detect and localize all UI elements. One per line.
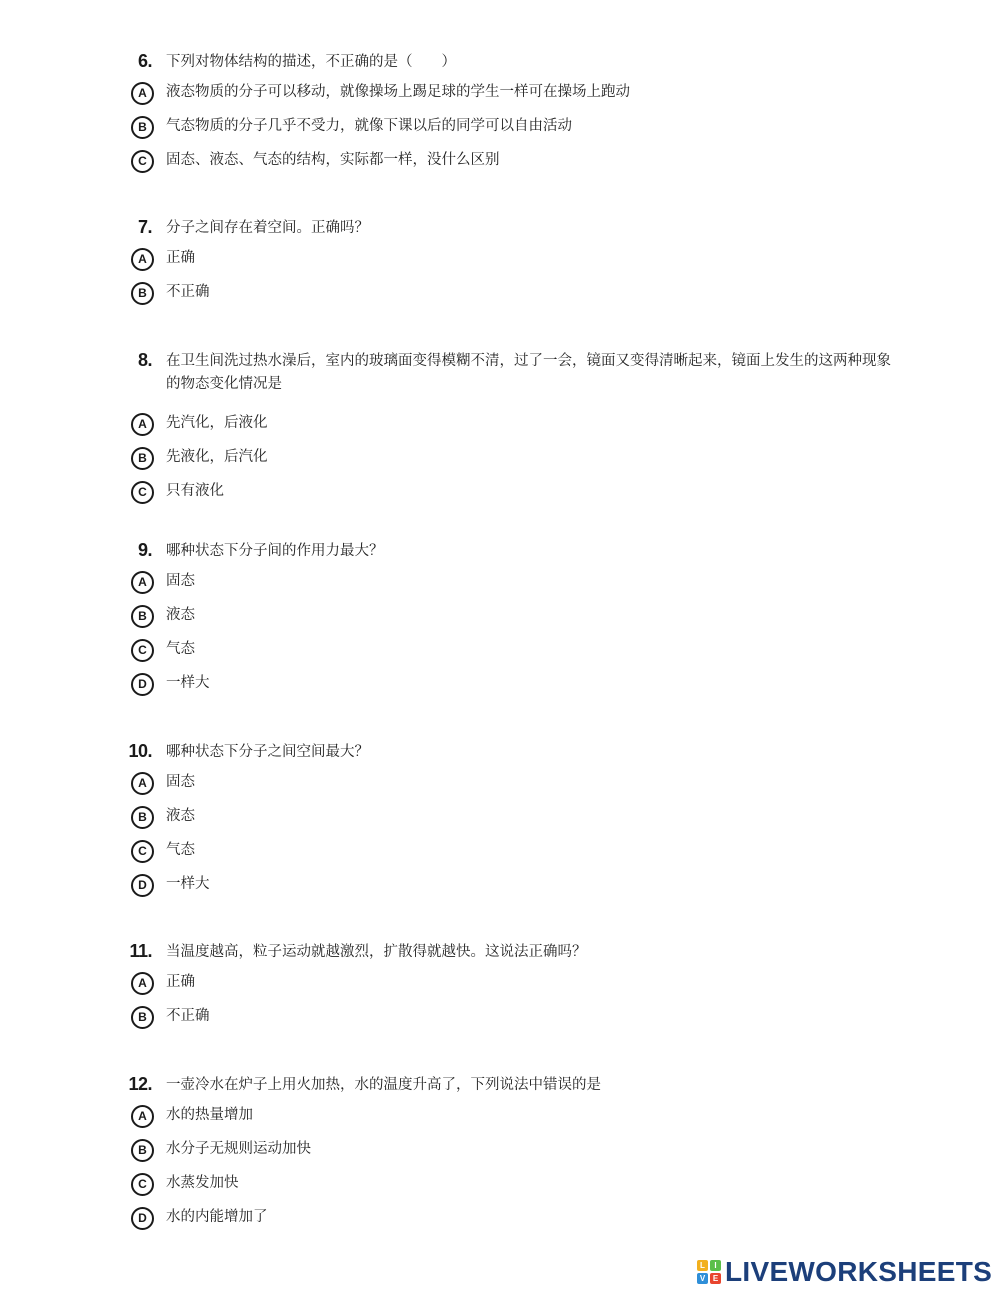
question-number: 10. xyxy=(128,740,152,762)
option-text: 先汽化，后液化 xyxy=(166,412,268,434)
option-letter-circle-icon[interactable]: A xyxy=(131,413,154,436)
answer-option-a[interactable]: A先汽化，后液化 xyxy=(0,410,1000,444)
question-text: 一壶冷水在炉子上用火加热，水的温度升高了，下列说法中错误的是 xyxy=(166,1074,896,1097)
option-letter-circle-icon[interactable]: A xyxy=(131,82,154,105)
option-text: 先液化，后汽化 xyxy=(166,446,268,468)
option-letter-circle-icon[interactable]: B xyxy=(131,605,154,628)
option-text: 固态 xyxy=(166,570,195,592)
option-text: 只有液化 xyxy=(166,480,224,502)
logo-block-v: V xyxy=(697,1273,708,1284)
answer-option-a[interactable]: A液态物质的分子可以移动，就像操场上踢足球的学生一样可在操场上跑动 xyxy=(0,79,1000,113)
answer-option-b[interactable]: B液态 xyxy=(0,602,1000,636)
question-5: 11.当温度越高，粒子运动就越激烈，扩散得就越快。这说法正确吗？A正确B不正确 xyxy=(0,940,1000,1037)
option-text: 不正确 xyxy=(166,1005,210,1027)
answer-option-a[interactable]: A正确 xyxy=(0,969,1000,1003)
option-letter-circle-icon[interactable]: B xyxy=(131,282,154,305)
answer-option-d[interactable]: D一样大 xyxy=(0,670,1000,704)
liveworksheets-logo: L I V E LIVEWORKSHEETS xyxy=(697,1258,992,1286)
question-number: 7. xyxy=(138,216,152,238)
question-3: 9.哪种状态下分子间的作用力最大？A固态B液态C气态D一样大 xyxy=(0,539,1000,704)
question-1: 7.分子之间存在着空间。正确吗？A正确B不正确 xyxy=(0,216,1000,313)
question-header: 10.哪种状态下分子之间空间最大？ xyxy=(0,740,1000,764)
question-6: 12.一壶冷水在炉子上用火加热，水的温度升高了，下列说法中错误的是A水的热量增加… xyxy=(0,1073,1000,1238)
option-text: 水蒸发加快 xyxy=(166,1172,239,1194)
option-letter-circle-icon[interactable]: B xyxy=(131,1139,154,1162)
option-letter-circle-icon[interactable]: B xyxy=(131,806,154,829)
question-number: 12. xyxy=(128,1073,152,1095)
option-text: 一样大 xyxy=(166,873,210,895)
option-text: 气态 xyxy=(166,839,195,861)
question-number: 11. xyxy=(129,940,152,962)
option-text: 固态、液态、气态的结构，实际都一样，没什么区别 xyxy=(166,149,500,171)
question-number: 8. xyxy=(138,349,152,371)
answer-option-c[interactable]: C水蒸发加快 xyxy=(0,1170,1000,1204)
option-letter-circle-icon[interactable]: D xyxy=(131,1207,154,1230)
option-text: 不正确 xyxy=(166,281,210,303)
question-2: 8.在卫生间洗过热水澡后，室内的玻璃面变得模糊不清，过了一会，镜面又变得清晰起来… xyxy=(0,349,1000,512)
question-text: 在卫生间洗过热水澡后，室内的玻璃面变得模糊不清，过了一会，镜面又变得清晰起来，镜… xyxy=(166,350,896,396)
logo-block-l: L xyxy=(697,1260,708,1271)
question-text: 分子之间存在着空间。正确吗？ xyxy=(166,217,896,240)
option-text: 水的热量增加 xyxy=(166,1104,253,1126)
answer-option-b[interactable]: B气态物质的分子几乎不受力，就像下课以后的同学可以自由活动 xyxy=(0,113,1000,147)
option-letter-circle-icon[interactable]: D xyxy=(131,874,154,897)
question-4: 10.哪种状态下分子之间空间最大？A固态B液态C气态D一样大 xyxy=(0,740,1000,905)
question-header: 9.哪种状态下分子间的作用力最大？ xyxy=(0,539,1000,563)
question-header: 8.在卫生间洗过热水澡后，室内的玻璃面变得模糊不清，过了一会，镜面又变得清晰起来… xyxy=(0,349,1000,405)
option-text: 气态物质的分子几乎不受力，就像下课以后的同学可以自由活动 xyxy=(166,115,572,137)
question-header: 12.一壶冷水在炉子上用火加热，水的温度升高了，下列说法中错误的是 xyxy=(0,1073,1000,1097)
option-text: 水分子无规则运动加快 xyxy=(166,1138,311,1160)
option-text: 固态 xyxy=(166,771,195,793)
answer-option-d[interactable]: D水的内能增加了 xyxy=(0,1204,1000,1238)
option-letter-circle-icon[interactable]: A xyxy=(131,1105,154,1128)
option-letter-circle-icon[interactable]: A xyxy=(131,972,154,995)
logo-block-i: I xyxy=(710,1260,721,1271)
answer-option-b[interactable]: B不正确 xyxy=(0,1003,1000,1037)
answer-option-c[interactable]: C气态 xyxy=(0,636,1000,670)
option-letter-circle-icon[interactable]: A xyxy=(131,571,154,594)
question-text: 下列对物体结构的描述，不正确的是（ ） xyxy=(166,51,896,74)
question-header: 11.当温度越高，粒子运动就越激烈，扩散得就越快。这说法正确吗？ xyxy=(0,940,1000,964)
logo-block-e: E xyxy=(710,1273,721,1284)
answer-option-a[interactable]: A固态 xyxy=(0,568,1000,602)
answer-option-b[interactable]: B不正确 xyxy=(0,279,1000,313)
option-letter-circle-icon[interactable]: C xyxy=(131,840,154,863)
question-text: 当温度越高，粒子运动就越激烈，扩散得就越快。这说法正确吗？ xyxy=(166,941,896,964)
option-letter-circle-icon[interactable]: C xyxy=(131,639,154,662)
answer-option-c[interactable]: C只有液化 xyxy=(0,478,1000,512)
option-text: 液态物质的分子可以移动，就像操场上踢足球的学生一样可在操场上跑动 xyxy=(166,81,630,103)
answer-option-b[interactable]: B液态 xyxy=(0,803,1000,837)
option-text: 液态 xyxy=(166,805,195,827)
answer-option-b[interactable]: B水分子无规则运动加快 xyxy=(0,1136,1000,1170)
answer-option-b[interactable]: B先液化，后汽化 xyxy=(0,444,1000,478)
option-text: 正确 xyxy=(166,971,195,993)
option-letter-circle-icon[interactable]: D xyxy=(131,673,154,696)
option-text: 水的内能增加了 xyxy=(166,1206,268,1228)
question-header: 7.分子之间存在着空间。正确吗？ xyxy=(0,216,1000,240)
question-number: 9. xyxy=(138,539,152,561)
answer-option-a[interactable]: A固态 xyxy=(0,769,1000,803)
option-letter-circle-icon[interactable]: B xyxy=(131,447,154,470)
option-text: 液态 xyxy=(166,604,195,626)
answer-option-c[interactable]: C气态 xyxy=(0,837,1000,871)
option-letter-circle-icon[interactable]: C xyxy=(131,1173,154,1196)
answer-option-c[interactable]: C固态、液态、气态的结构，实际都一样，没什么区别 xyxy=(0,147,1000,181)
option-letter-circle-icon[interactable]: C xyxy=(131,150,154,173)
option-text: 正确 xyxy=(166,247,195,269)
question-number: 6. xyxy=(138,50,152,72)
logo-icon: L I V E xyxy=(697,1260,721,1284)
question-header: 6.下列对物体结构的描述，不正确的是（ ） xyxy=(0,50,1000,74)
question-0: 6.下列对物体结构的描述，不正确的是（ ）A液态物质的分子可以移动，就像操场上踢… xyxy=(0,50,1000,181)
option-letter-circle-icon[interactable]: B xyxy=(131,116,154,139)
option-letter-circle-icon[interactable]: B xyxy=(131,1006,154,1029)
logo-text: LIVEWORKSHEETS xyxy=(725,1258,992,1286)
option-letter-circle-icon[interactable]: C xyxy=(131,481,154,504)
answer-option-d[interactable]: D一样大 xyxy=(0,871,1000,905)
question-text: 哪种状态下分子间的作用力最大？ xyxy=(166,540,896,563)
answer-option-a[interactable]: A正确 xyxy=(0,245,1000,279)
question-text: 哪种状态下分子之间空间最大？ xyxy=(166,741,896,764)
option-text: 气态 xyxy=(166,638,195,660)
option-letter-circle-icon[interactable]: A xyxy=(131,248,154,271)
option-letter-circle-icon[interactable]: A xyxy=(131,772,154,795)
option-text: 一样大 xyxy=(166,672,210,694)
answer-option-a[interactable]: A水的热量增加 xyxy=(0,1102,1000,1136)
